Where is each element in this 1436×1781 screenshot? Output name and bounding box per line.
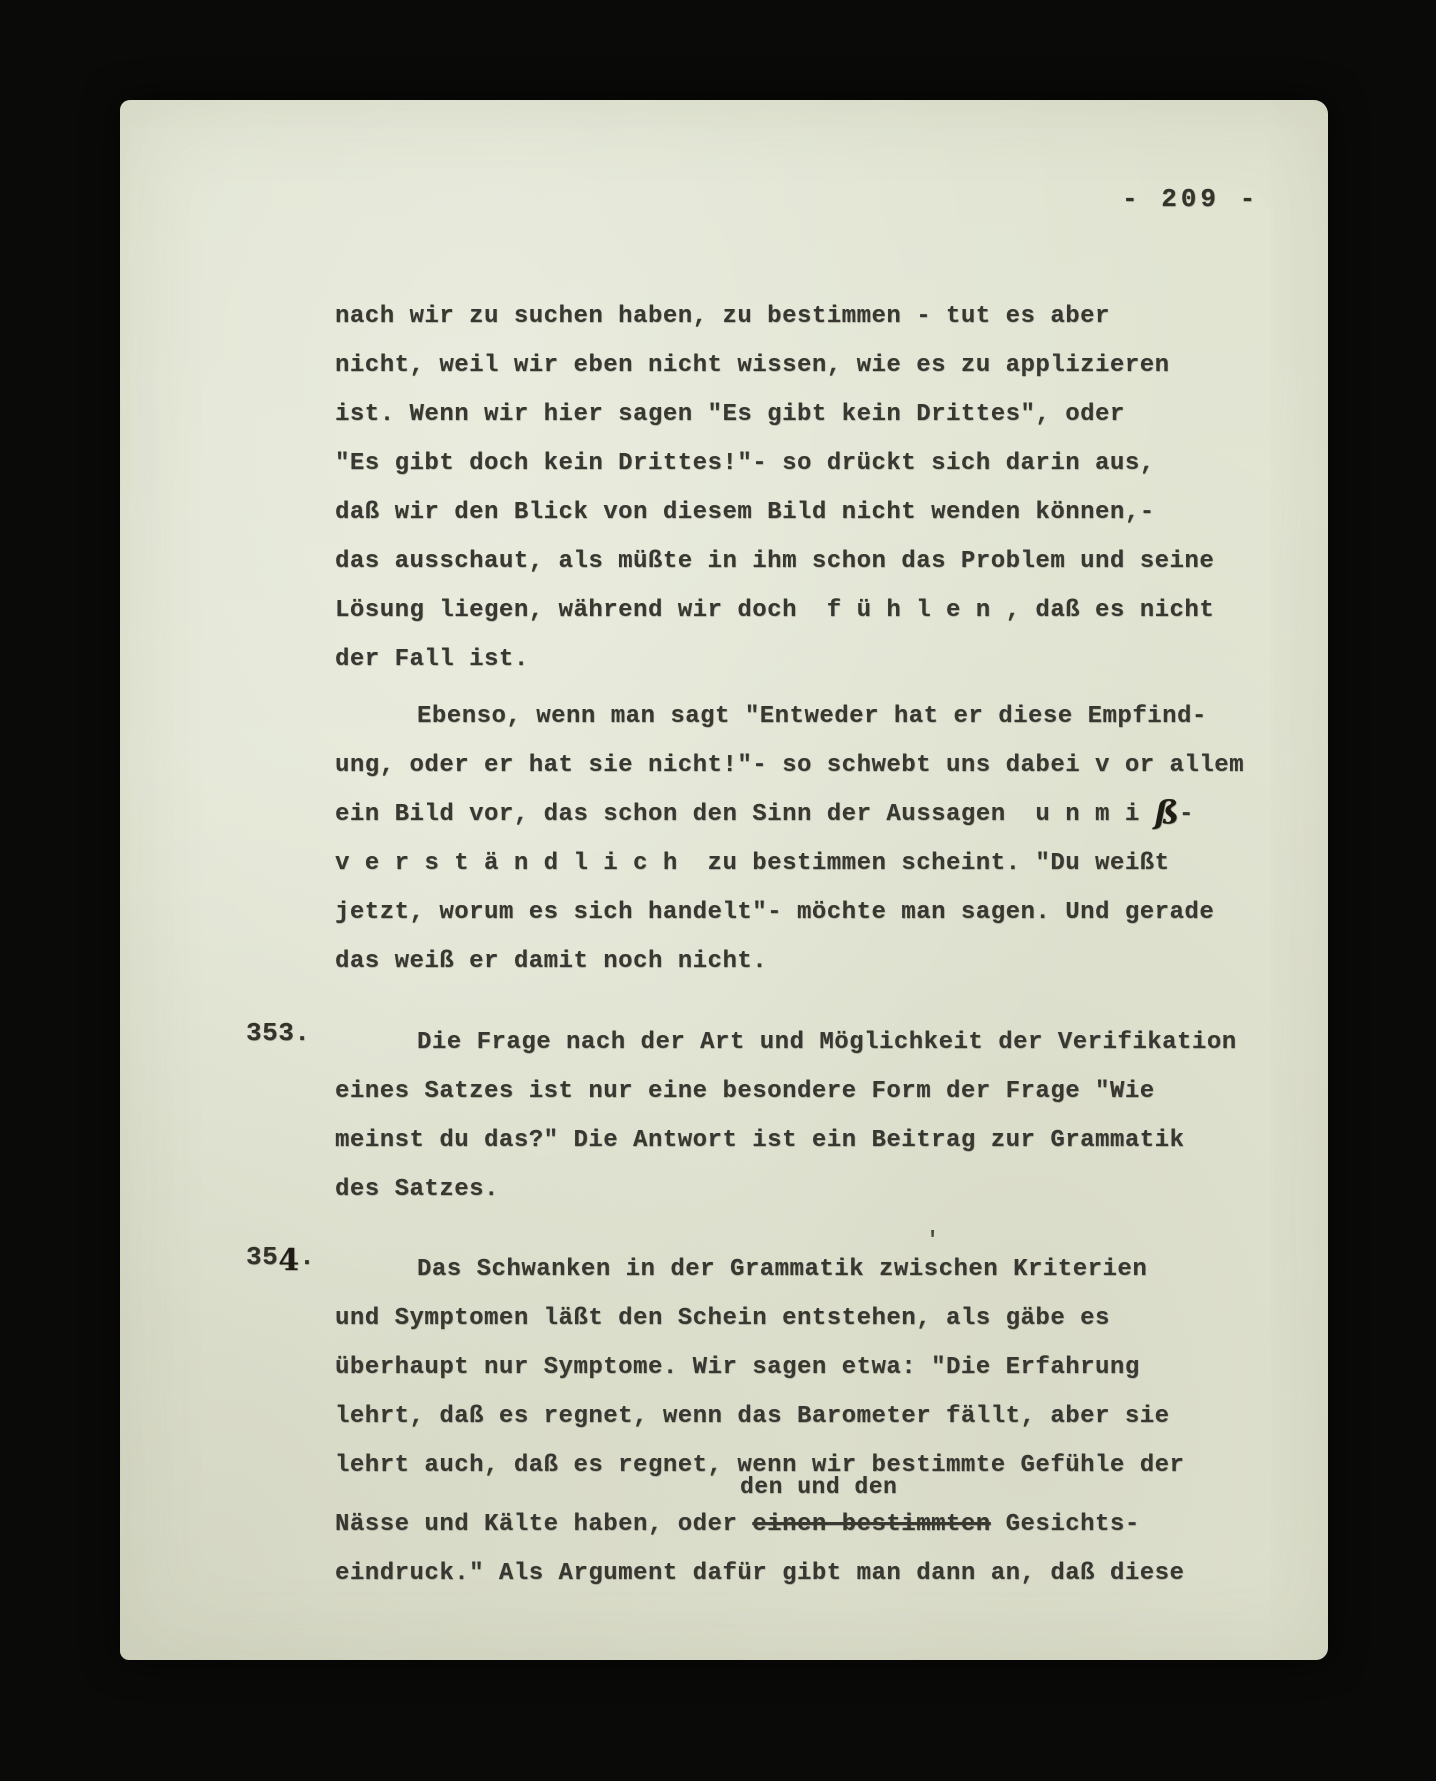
text-line: jetzt, worum es sich handelt"- möchte ma… <box>335 888 1275 937</box>
text-line: meinst du das?" Die Antwort ist ein Beit… <box>335 1116 1275 1165</box>
text-segment: nicht, weil wir eben nicht wissen, wie e… <box>335 352 1170 379</box>
text-segment: v e r s t ä n d l i c h zu bestimmen sch… <box>335 850 1170 877</box>
text-line: lehrt, daß es regnet, wenn das Barometer… <box>335 1392 1275 1441</box>
marker-segment: 35 <box>246 1242 278 1272</box>
page-number: - 209 - <box>1122 184 1259 214</box>
text-body: nach wir zu suchen haben, zu bestimmen -… <box>335 292 1275 1598</box>
text-segment: und Symptomen läßt den Schein entstehen,… <box>335 1305 1110 1332</box>
text-line: und Symptomen läßt den Schein entstehen,… <box>335 1294 1275 1343</box>
text-line: ist. Wenn wir hier sagen "Es gibt kein D… <box>335 390 1275 439</box>
text-line: ein Bild vor, das schon den Sinn der Aus… <box>335 790 1275 839</box>
stray-ink-mark: ' <box>926 1228 939 1253</box>
document-page: - 209 - nach wir zu suchen haben, zu bes… <box>120 100 1328 1660</box>
text-line: Die Frage nach der Art und Möglichkeit d… <box>335 1018 1275 1067</box>
text-segment: Nässe und Kälte haben, oder <box>335 1511 752 1538</box>
text-line: das weiß er damit noch nicht. <box>335 937 1275 986</box>
text-segment: des Satzes. <box>335 1176 499 1203</box>
handwritten-correction: ß <box>1155 793 1179 831</box>
text-line: Das Schwanken in der Grammatik zwischen … <box>335 1245 1275 1294</box>
section-number: 354. <box>246 1242 315 1272</box>
text-segment: - <box>1179 801 1194 828</box>
text-line: nach wir zu suchen haben, zu bestimmen -… <box>335 292 1275 341</box>
marker-segment: 353. <box>246 1018 310 1048</box>
text-segment: Ebenso, wenn man sagt "Entweder hat er d… <box>417 703 1207 730</box>
text-segment: lehrt, daß es regnet, wenn das Barometer… <box>335 1403 1170 1430</box>
text-segment: eindruck." Als Argument dafür gibt man d… <box>335 1560 1184 1587</box>
text-line: Lösung liegen, während wir doch f ü h l … <box>335 586 1275 635</box>
text-line: Ebenso, wenn man sagt "Entweder hat er d… <box>335 692 1275 741</box>
paragraph: Die Frage nach der Art und Möglichkeit d… <box>335 1018 1275 1214</box>
text-line: das ausschaut, als müßte in ihm schon da… <box>335 537 1275 586</box>
handwritten-digit: 4 <box>278 1243 299 1278</box>
text-line: des Satzes. <box>335 1165 1275 1214</box>
scan-background: - 209 - nach wir zu suchen haben, zu bes… <box>0 0 1436 1781</box>
text-segment: der Fall ist. <box>335 646 529 673</box>
text-line: eines Satzes ist nur eine besondere Form… <box>335 1067 1275 1116</box>
text-segment: Die Frage nach der Art und Möglichkeit d… <box>417 1029 1237 1056</box>
struck-through-text: einen bestimmten <box>752 1511 990 1538</box>
text-segment: ein Bild vor, das schon den Sinn der Aus… <box>335 801 1155 828</box>
text-segment: "Es gibt doch kein Drittes!"- so drückt … <box>335 450 1155 477</box>
text-line: v e r s t ä n d l i c h zu bestimmen sch… <box>335 839 1275 888</box>
section-number: 353. <box>246 1018 310 1048</box>
text-segment: jetzt, worum es sich handelt"- möchte ma… <box>335 899 1214 926</box>
text-line: daß wir den Blick von diesem Bild nicht … <box>335 488 1275 537</box>
text-segment: daß wir den Blick von diesem Bild nicht … <box>335 499 1155 526</box>
text-line: ung, oder er hat sie nicht!"- so schwebt… <box>335 741 1275 790</box>
paragraph: Ebenso, wenn man sagt "Entweder hat er d… <box>335 692 1275 986</box>
text-segment: ist. Wenn wir hier sagen "Es gibt kein D… <box>335 401 1125 428</box>
text-segment: das ausschaut, als müßte in ihm schon da… <box>335 548 1214 575</box>
paragraph: nach wir zu suchen haben, zu bestimmen -… <box>335 292 1275 684</box>
text-line: eindruck." Als Argument dafür gibt man d… <box>335 1549 1275 1598</box>
text-line: nicht, weil wir eben nicht wissen, wie e… <box>335 341 1275 390</box>
marker-segment: . <box>299 1242 315 1272</box>
text-segment: den und den <box>740 1474 897 1500</box>
text-segment: meinst du das?" Die Antwort ist ein Beit… <box>335 1127 1184 1154</box>
text-segment: überhaupt nur Symptome. Wir sagen etwa: … <box>335 1354 1140 1381</box>
text-line: Nässe und Kälte haben, oder einen bestim… <box>335 1500 1275 1549</box>
paragraph: Das Schwanken in der Grammatik zwischen … <box>335 1245 1275 1598</box>
text-line: überhaupt nur Symptome. Wir sagen etwa: … <box>335 1343 1275 1392</box>
text-line: der Fall ist. <box>335 635 1275 684</box>
text-segment: Gesichts- <box>991 1511 1140 1538</box>
text-segment: Lösung liegen, während wir doch f ü h l … <box>335 597 1214 624</box>
text-segment: nach wir zu suchen haben, zu bestimmen -… <box>335 303 1110 330</box>
text-segment: ung, oder er hat sie nicht!"- so schwebt… <box>335 752 1244 779</box>
text-segment: Das Schwanken in der Grammatik zwischen … <box>417 1256 1147 1283</box>
text-segment: eines Satzes ist nur eine besondere Form… <box>335 1078 1155 1105</box>
text-line: "Es gibt doch kein Drittes!"- so drückt … <box>335 439 1275 488</box>
text-segment: das weiß er damit noch nicht. <box>335 948 767 975</box>
